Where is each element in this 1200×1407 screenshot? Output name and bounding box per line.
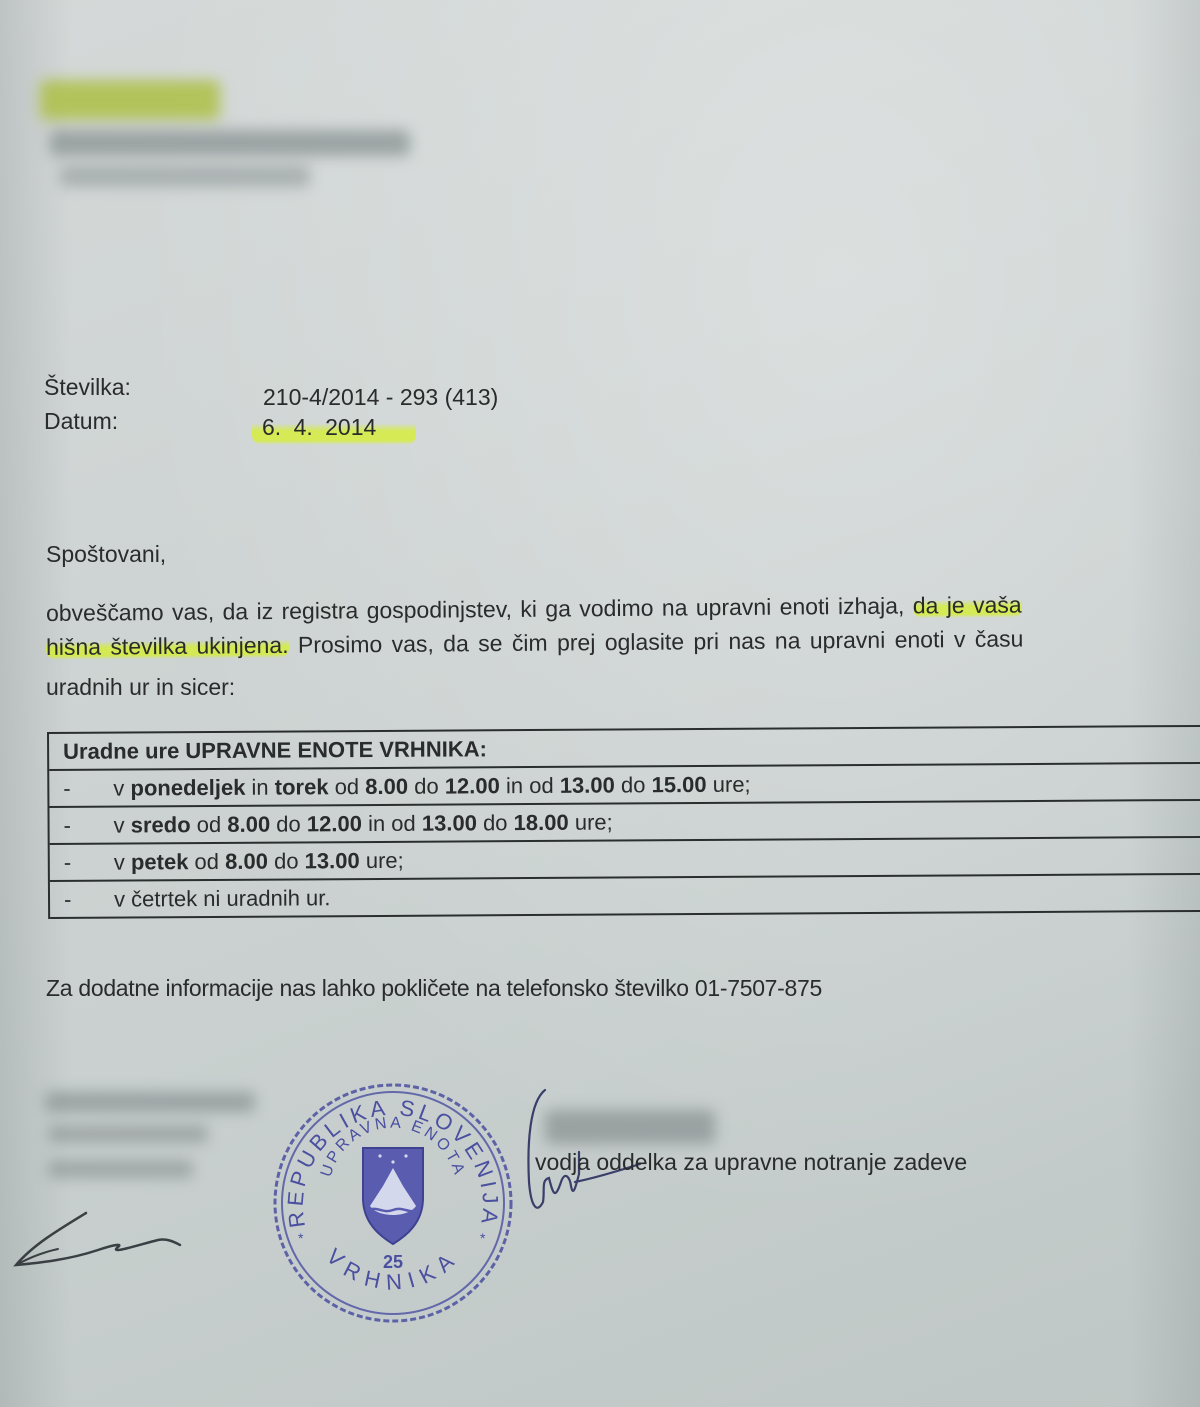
body-text: obveščamo vas, da iz registra gospodinjs…: [46, 592, 913, 626]
salutation: Spoštovani,: [46, 541, 166, 568]
table-heading: Uradne ure UPRAVNE ENOTE VRHNIKA:: [49, 736, 487, 765]
text: do: [270, 811, 307, 836]
text: do: [268, 848, 305, 873]
text: od: [191, 811, 228, 836]
bold-text: 8.00: [365, 773, 408, 798]
bold-text: sredo: [131, 812, 191, 837]
text: ure;: [360, 847, 404, 872]
date-text: 6. 4. 2014: [262, 414, 376, 440]
redacted-sender-line-1: [45, 1092, 255, 1112]
bold-text: 13.00: [422, 810, 477, 835]
bold-text: 8.00: [225, 848, 268, 873]
date-value: 6. 4. 2014: [252, 414, 416, 445]
row-text: v sredo od 8.00 do 12.00 in od 13.00 do …: [113, 809, 612, 838]
highlighted-text: hišna številka ukinjena.: [46, 632, 289, 660]
bold-text: 18.00: [514, 809, 569, 834]
row-text: v četrtek ni uradnih ur.: [114, 885, 331, 912]
redacted-sender-line-3: [48, 1160, 193, 1178]
bold-text: 8.00: [227, 811, 270, 836]
text: in: [245, 774, 275, 799]
reference-label: Številka:: [44, 374, 131, 401]
star-icon: *: [480, 1230, 486, 1246]
star-icon: *: [298, 1230, 304, 1246]
row-dash: -: [50, 886, 114, 912]
body-line-2: hišna številka ukinjena. Prosimo vas, da…: [46, 625, 1024, 661]
text: do: [615, 772, 652, 797]
signature-title: vodja oddelka za upravne notranje zadeve: [535, 1149, 967, 1176]
row-text: v ponedeljek in torek od 8.00 do 12.00 i…: [113, 771, 750, 801]
bold-text: torek: [275, 774, 329, 799]
body-line-1: obveščamo vas, da iz registra gospodinjs…: [46, 591, 1022, 627]
text: ure;: [707, 771, 751, 796]
text: v: [114, 849, 131, 874]
bold-text: 12.00: [445, 773, 500, 798]
row-dash: -: [50, 849, 114, 875]
row-text: v petek od 8.00 do 13.00 ure;: [114, 847, 404, 875]
reference-number: 210-4/2014 - 293 (413): [263, 384, 498, 411]
redacted-sender-line-2: [48, 1125, 208, 1143]
text: v: [113, 812, 130, 837]
bold-text: petek: [131, 849, 189, 874]
text: v: [113, 775, 130, 800]
date-label: Datum:: [44, 408, 118, 435]
text: do: [408, 773, 445, 798]
text: od: [188, 848, 225, 873]
redacted-address-line-2: [60, 165, 310, 187]
text: in od: [362, 810, 422, 835]
office-hours-table: Uradne ure UPRAVNE ENOTE VRHNIKA: -v pon…: [47, 725, 1200, 919]
redacted-address-line-1: [50, 130, 410, 156]
text: do: [477, 810, 514, 835]
bold-text: 13.00: [305, 848, 360, 873]
redacted-name: [40, 80, 220, 120]
coat-of-arms-icon: [363, 1148, 423, 1244]
signature-scribble-left: [8, 1205, 188, 1275]
contact-line: Za dodatne informacije nas lahko pokliče…: [46, 975, 822, 1002]
text: in od: [500, 772, 560, 797]
stamp-number: 25: [383, 1252, 403, 1272]
row-dash: -: [49, 775, 113, 801]
body-text: Prosimo vas, da se čim prej oglasite pri…: [288, 625, 1023, 657]
table-row: -v četrtek ni uradnih ur.: [50, 873, 1200, 919]
text: od: [328, 774, 365, 799]
bold-text: 13.00: [560, 772, 615, 797]
bold-text: 15.00: [651, 771, 706, 796]
text: ure;: [569, 809, 613, 834]
text: v četrtek ni uradnih ur.: [114, 885, 331, 911]
bold-text: 12.00: [307, 811, 362, 836]
bold-text: ponedeljek: [130, 774, 245, 800]
body-line-3: uradnih ur in sicer:: [46, 674, 235, 701]
highlighted-text: da je vaša: [913, 591, 1022, 618]
row-dash: -: [49, 812, 113, 838]
official-stamp: REPUBLIKA SLOVENIJA UPRAVNA ENOTA VRHNIK…: [268, 1078, 518, 1328]
